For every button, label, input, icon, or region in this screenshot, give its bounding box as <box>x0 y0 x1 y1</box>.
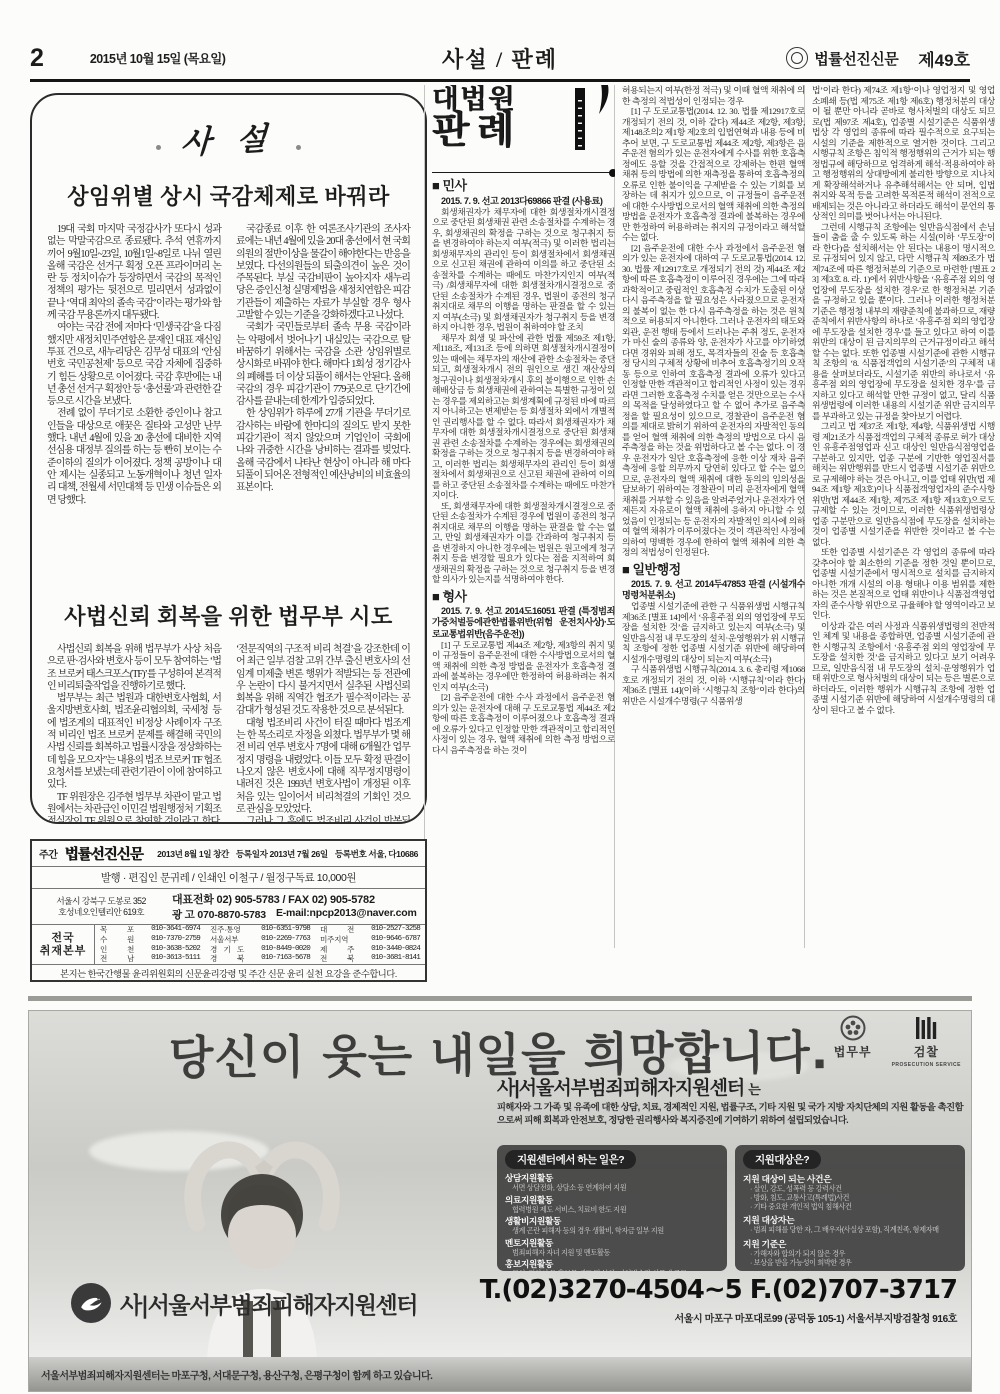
logo-stamp-bar <box>575 88 585 150</box>
ad-phone-fax: T.(02)3270-4504~5 F.(02)707-3717 <box>480 1275 957 1305</box>
bureau-label-line1: 전국 <box>51 932 74 945</box>
address-line-2: 호성네오인텔리안 619호 <box>58 907 144 917</box>
case-paragraph: 허용되는지 여부(한정 적극) 및 이때 혈액 채취에 의한 측정의 적법성이 … <box>622 85 805 106</box>
ad-contact: T.(02)3270-4504~5 F.(02)707-3717 서울시 마포구… <box>480 1275 957 1325</box>
ad-address: 서울시 마포구 마포대로99 (공덕동 105-1) 서울서부지방검찰청 916… <box>480 1310 957 1325</box>
target-group: 지원 대상이 되는 사건은 · 살인, 강도, 성폭력 등 강력사건 · 방화,… <box>743 1172 957 1211</box>
masthead-row-publisher: 발행 · 편집인 문귀레 / 인쇄인 이철구 / 월정구독료 10,000원 <box>32 867 425 889</box>
editorial-headline-2: 사법신뢰 회복을 위한 법무부 시도 <box>47 600 410 631</box>
editorial-paragraph: 국감종료 이후 한 여론조사기관의 조사자료에는 내년 4월에 있을 20대 총… <box>236 224 410 322</box>
masthead-row-contact: 서울시 강북구 도봉로 352 호성네오인텔리안 619호 대표전화 02) 9… <box>32 889 425 925</box>
publisher-line: 발행 · 편집인 문귀레 / 인쇄인 이철구 / 월정구독료 10,000원 <box>101 870 356 885</box>
service-item: 상담지원활동서면 상담전화, 상담소 등 연계하여 지원 <box>505 1172 719 1193</box>
bureau-group-1: 목 포010-3641-6974 수 원010-7370-2759 인 천010… <box>95 925 205 964</box>
bureau-entry: 서울서부010-2269-7763 <box>210 935 310 945</box>
prosecution-sublabel: PROSECUTION SERVICE <box>892 1062 961 1068</box>
paper-name: 법률선진신문 <box>814 48 898 69</box>
case-paragraph: 그런데 시행규칙 조항에는 일반음식점에서 손님들이 춤을 출 수 있도록 하는… <box>812 222 995 422</box>
bureau-entry: 경 기 도010-8449-0020 <box>210 945 310 955</box>
weekly-label: 주간 <box>39 846 58 861</box>
column-rule <box>424 85 425 948</box>
founded-date: 2013년 8월 1일 창간 <box>157 848 229 860</box>
editorial-paragraph: 사법신뢰 회복을 위해 법무부가 사상 처음으로 판·검사와 변호사 등이 모두… <box>47 644 221 693</box>
ad-intro-text: 피해자와 그 가족 및 유족에 대한 상담, 치료, 경제적인 지원, 법률구조… <box>497 1101 963 1127</box>
case-title: 2015. 7. 9. 선고 2014도16051 판결 (특정범죄가중처벌등에… <box>432 606 615 640</box>
ad-info-boxes: 지원센터에서 하는 일은? 상담지원활동서면 상담전화, 상담소 등 연계하여 … <box>497 1145 965 1271</box>
case-paragraph: [1] 구 도로교통법 제44조 제2항, 제3항의 취지 및 이 규정들이 음… <box>432 640 615 693</box>
bureau-entry: 미주지역010-9646-6787 <box>320 935 420 945</box>
editorial-headline-1: 상임위별 상시 국감체제로 바꿔라 <box>47 180 410 211</box>
case-paragraph: [1] 구 도로교통법(2014. 12. 30. 법률 제12917호로 개정… <box>622 106 805 243</box>
case-paragraph: 채무자 회생 및 파산에 관한 법률 제59조 제1항, 제118조, 제131… <box>432 333 615 501</box>
bureau-entry: 인 천010-3638-5202 <box>100 945 200 955</box>
page-header: 2 2015년 10월 15일 (목요일) 사설 / 판례 법률선진신문 제49… <box>30 40 970 76</box>
supreme-court-precedent-logo: 대법원 판례 <box>432 85 615 169</box>
editorial-paragraph: TF 위원장은 김주현 법무부 차관이 맡고 법원에서는 차관급인 이민걸 법원… <box>47 792 221 824</box>
bureau-group-2: 진주·통영010-6351-9798 서울서부010-2269-7763 경 기… <box>205 925 315 964</box>
brush-swoosh-icon <box>587 85 613 115</box>
case-paragraph: 구 식품위생법 시행규칙(2014. 3. 6. 총리령 제1068호로 개정되… <box>622 664 805 706</box>
case-paragraph: 또한 업종별 시설기준은 각 영업의 종류에 따라 갖추어야 할 최소한의 기준… <box>812 547 995 621</box>
precedent-column-2: 허용되는지 여부(한정 적극) 및 이때 혈액 채취에 의한 측정의 적법성이 … <box>622 85 805 948</box>
case-paragraph: 그리고 법 제37조 제1항, 제4항, 식품위생법 시행령 제21조가 식품접… <box>812 421 995 547</box>
ad-footer-org-name: 사|서울서부범죄피해자지원센터 <box>120 1287 417 1320</box>
ethics-text: 본지는 한국간행물 윤리위원회의 신문윤리강령 및 주간 신문 윤리 실천 요강… <box>60 966 397 980</box>
issue-number: 제49호 <box>918 46 970 71</box>
advertisement: 당신이 웃는 내일을 희망합니다. 법무부 <box>28 1010 972 1392</box>
masthead-info-box: 주간 법률선진신문 2013년 8월 1일 창간 등록일자 2013년 7월 2… <box>30 839 427 982</box>
bureau-entry: 목 포010-3641-6974 <box>100 925 200 935</box>
editorial-label-text: 사 설 <box>180 112 277 162</box>
section-heading-administrative: ■ 일반행정 <box>622 565 805 576</box>
case-paragraph: 법’이라 한다) 제74조 제1항‘이나 영업정지 및 영업소폐쇄 등(법 제7… <box>812 85 995 222</box>
ad-logos: 법무부 검찰 PROSECUTION SERVICE <box>834 1015 961 1068</box>
bureau-label-line2: 취재본부 <box>40 945 87 958</box>
bureau-entry: 전 북010-3681-8141 <box>320 954 420 964</box>
ad-divider-bar <box>28 996 972 1001</box>
editorial-paragraph: 법무부는 최근 법원과 대한변호사협회, 서울지방변호사회, 법조윤리협의회, … <box>47 693 221 791</box>
bureau-entry: 진주·통영010-6351-9798 <box>210 925 310 935</box>
bureau-label: 전국 취재본부 <box>32 925 95 964</box>
moj-label: 법무부 <box>834 1043 872 1060</box>
precedent-column-1: 대법원 판례 ■ 민사 2015. 7. 9. 선고 2013다69866 판결… <box>432 85 615 948</box>
case-paragraph: 이상과 같은 여러 사정과 식품위생법령의 전반적인 체계 및 내용을 종합하면… <box>812 621 995 716</box>
case-paragraph: [2] 음주운전에 대한 수사 과정에서 음주운전 혐의가 있는 운전자에 대해… <box>432 692 615 755</box>
ethics-statement: 본지는 한국간행물 윤리위원회의 신문윤리강령 및 주간 신문 윤리 실천 요강… <box>32 965 425 980</box>
service-item: 의료지원활동협력병원 제도 서비스, 치료비 한도 지원 <box>505 1194 719 1215</box>
ad-org-name: 사|서울서부범죄피해자지원센터 <box>497 1078 744 1099</box>
bureau-entry: 수 원010-7370-2759 <box>100 935 200 945</box>
bureau-entry: 경 북010-7163-5678 <box>210 954 310 964</box>
masthead-row-registration: 주간 법률선진신문 2013년 8월 1일 창간 등록일자 2013년 7월 2… <box>32 841 425 867</box>
editorial-paragraph: 전례 없이 무더기로 소환한 증인이나 참고인들을 대상으로 애꿎은 질타와 고… <box>47 408 221 506</box>
decor-dot-left <box>156 145 161 150</box>
section-heading-criminal: ■ 형사 <box>432 592 615 603</box>
ad-box-services-title: 지원센터에서 하는 일은? <box>505 1150 636 1169</box>
prosecution-emblem-icon <box>913 1015 939 1041</box>
prosecution-service-logo: 검찰 PROSECUTION SERVICE <box>892 1015 961 1068</box>
masthead-row-bureaus: 전국 취재본부 목 포010-3641-6974 수 원010-7370-275… <box>32 925 425 965</box>
editorial-paragraph: 여야는 국감 전에 저마다 ‘민생국감’을 다짐했지만 새정치민주연합은 문재인… <box>47 322 221 408</box>
dove-icon <box>71 1283 111 1323</box>
masthead-brand: 법률선진신문 제49호 <box>786 46 970 71</box>
registration-number: 등록번호 서울, 다10686 <box>335 848 418 860</box>
ad-box-targets-title: 지원대상은? <box>743 1150 821 1169</box>
ad-box-services: 지원센터에서 하는 일은? 상담지원활동서면 상담전화, 상담소 등 연계하여 … <box>497 1145 727 1271</box>
case-paragraph: 또, 회생채무자에 대한 회생절차개시결정으로 중단된 소송절차가 수계된 경우… <box>432 501 615 585</box>
editorial-paragraph: 대형 법조비리 사건이 터질 때마다 법조계는 한 목소리로 자정을 외쳤다. … <box>236 718 410 816</box>
registration-date: 등록일자 2013년 7월 26일 <box>236 848 328 860</box>
bureau-entry: 제 주010-3440-0824 <box>320 945 420 955</box>
bureau-entry: 대 전010-2527-3258 <box>320 925 420 935</box>
prosecution-label: 검찰 <box>914 1043 939 1060</box>
newspaper-page: 2 2015년 10월 15일 (목요일) 사설 / 판례 법률선진신문 제49… <box>0 0 1000 1394</box>
decor-dot-right <box>296 145 301 150</box>
ad-phone: 광 고 070-8870-5783 <box>172 907 266 922</box>
editorial-paragraph: 19대 국회 마지막 국정감사가 또다시 성과없는 막말국감으로 종료됐다. 추… <box>47 224 221 322</box>
masthead-paper-name: 법률선진신문 <box>65 843 143 864</box>
case-paragraph: [2] 음주운전에 대한 수사 과정에서 음주운전 혐의가 있는 운전자에 대하… <box>622 243 805 558</box>
ministry-of-justice-logo: 법무부 <box>834 1015 872 1060</box>
case-paragraph: 업종별 시설기준에 관한 구 식품위생법 시행규칙 제36조 [별표 14]에서… <box>622 601 805 664</box>
editorial-paragraph: 그러나 그 후에도 법조비리 사건이 반복되고 있다. 이제 또 다시 법무부가… <box>236 816 410 824</box>
ad-box-targets: 지원대상은? 지원 대상이 되는 사건은 · 살인, 강도, 성폭력 등 강력사… <box>735 1145 965 1271</box>
service-item: 멘토지원활동범죄피해자 자녀 지원 및 멘토활동 <box>505 1237 719 1258</box>
ad-caption-strip: 서울서부범죄피해자지원센터는 마포구청, 서대문구청, 용산구청, 은평구청이 … <box>29 1357 971 1391</box>
precedent-column-3: 법’이라 한다) 제74조 제1항‘이나 영업정지 및 영업소폐쇄 등(법 제7… <box>812 85 995 948</box>
email-address: E-mail:npcp2013@naver.com <box>276 907 417 922</box>
service-item: 홍보지원활동구청, 경찰서 등 홍보물 배포 및 부착, 지역방송과 신문에 공… <box>505 1258 719 1271</box>
editorial-paragraph: 한 상임위가 하루에 27개 기관을 무더기로 감사하는 바람에 한마디의 질의… <box>236 408 410 494</box>
bureau-group-3: 대 전010-2527-3258 미주지역010-9646-6787 제 주01… <box>315 925 425 964</box>
bureau-entry: 전 남010-3613-5111 <box>100 954 200 964</box>
ad-org-title-line: 사|서울서부범죄피해자지원센터는 <box>497 1073 761 1100</box>
logo-text-precedent: 판례 <box>432 113 615 150</box>
editorial-article-2: 사법신뢰 회복을 위해 법무부가 사상 처음으로 판·검사와 변호사 등이 모두… <box>47 644 410 824</box>
service-item: 생활비지원활동생계 곤란 피해자 등의 경우 생활비, 학자금 일부 지원 <box>505 1215 719 1236</box>
editorial-paragraph: 국회가 국민들로부터 졸속 무용 국감이라는 악평에서 벗어나기 내실있는 국감… <box>236 322 410 408</box>
editorial-article-1: 19대 국회 마지막 국정감사가 또다시 성과없는 막말국감으로 종료됐다. 추… <box>47 224 410 576</box>
case-title: 2015. 7. 9. 선고 2014두47853 판결 (시설개수명령처분취소… <box>622 579 805 601</box>
moj-emblem-icon <box>840 1015 866 1041</box>
target-group: 지원 기준은 · 가해자와 합의가 되지 않은 경우 · 보상을 받을 가능성이… <box>743 1237 957 1268</box>
case-paragraph: 회생채권자가 채무자에 대한 회생절차개시결정으로 중단된 회생채권 관련 소송… <box>432 207 615 333</box>
office-address: 서울시 강북구 도봉로 352 호성네오인텔리안 619호 <box>38 896 164 918</box>
ad-footer-org: 사|서울서부범죄피해자지원센터 <box>71 1283 417 1323</box>
logo-underline-with-dot <box>432 172 615 173</box>
target-group: 지원 대상자는 · 범죄 피해를 당한 자, 그 배우자(사실상 포함), 직계… <box>743 1213 957 1235</box>
address-line-1: 서울시 강북구 도봉로 352 <box>56 896 146 906</box>
ad-photo-background: 당신이 웃는 내일을 희망합니다. 법무부 <box>29 1011 971 1357</box>
editorial-box: 사 설 상임위별 상시 국감체제로 바꿔라 19대 국회 마지막 국정감사가 또… <box>30 93 427 824</box>
section-heading-civil: ■ 민사 <box>432 181 615 192</box>
editorial-label: 사 설 <box>47 115 410 160</box>
newspaper-logo-icon <box>786 47 808 69</box>
header-rule <box>30 79 970 82</box>
ad-org-suffix: 는 <box>748 1082 761 1097</box>
main-phone-fax: 대표전화 02) 905-5783 / FAX 02) 905-5782 <box>172 891 419 907</box>
case-title: 2015. 7. 9. 선고 2013다69866 판결 (사용료) <box>432 196 615 207</box>
ad-caption: 서울서부범죄피해자지원센터는 마포구청, 서대문구청, 용산구청, 은평구청이 … <box>41 1367 432 1382</box>
contact-numbers: 대표전화 02) 905-5783 / FAX 02) 905-5782 광 고… <box>172 891 419 922</box>
